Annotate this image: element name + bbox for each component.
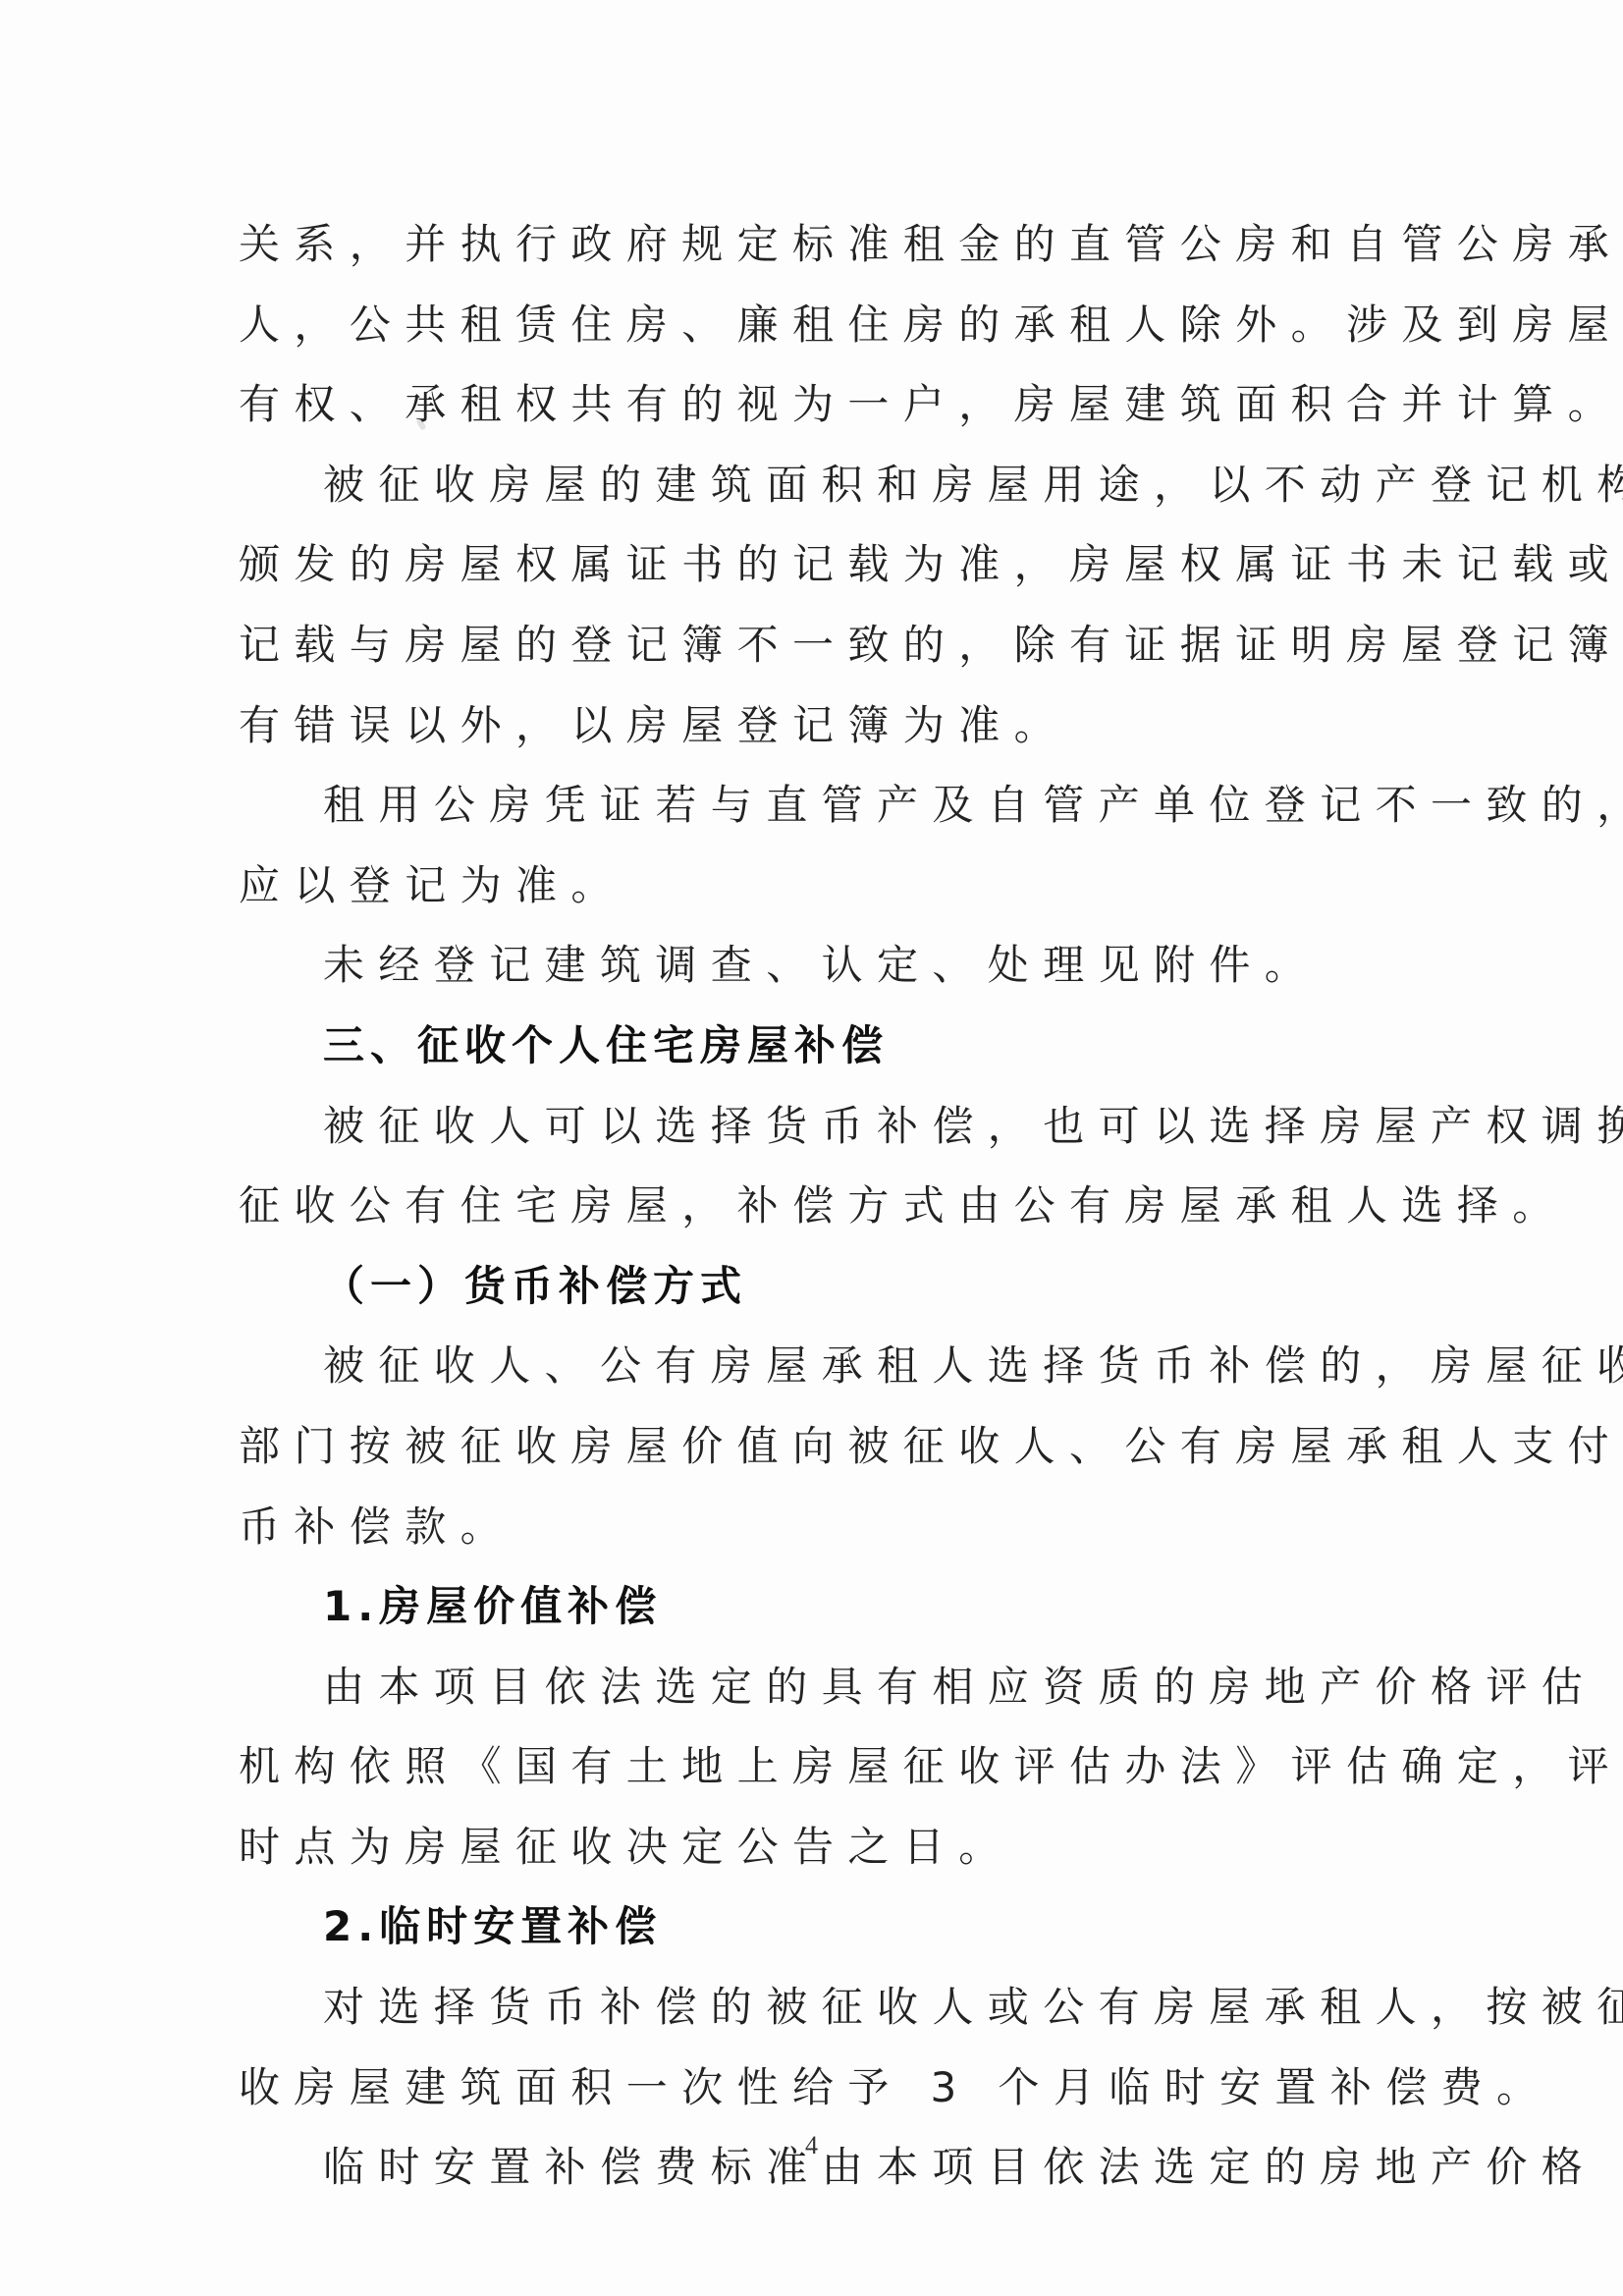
text-line: 机构依照《国有土地上房屋征收评估办法》评估确定，评估 [239,1726,1387,1807]
item-heading: 2.临时安置补偿 [239,1886,1387,1967]
paragraph-start: 租用公房凭证若与直管产及自管产单位登记不一致的， [239,765,1387,846]
paragraph-start: 被征收房屋的建筑面积和房屋用途，以不动产登记机构 [239,445,1387,525]
text-line: 有错误以外，以房屋登记簿为准。 [239,685,1387,766]
paragraph-start: 未经登记建筑调查、认定、处理见附件。 [239,925,1387,1006]
text-line: 有权、承租权共有的视为一户，房屋建筑面积合并计算。 [239,364,1387,445]
text-line: 应以登记为准。 [239,846,1387,926]
text-line: 颁发的房屋权属证书的记载为准，房屋权属证书未记载或者 [239,524,1387,605]
subsection-heading: （一）货币补偿方式 [239,1246,1387,1327]
text-line: 征收公有住宅房屋，补偿方式由公有房屋承租人选择。 [239,1166,1387,1246]
text-line: 时点为房屋征收决定公告之日。 [239,1807,1387,1887]
text-line: 币补偿款。 [239,1487,1387,1567]
paragraph-start: 对选择货币补偿的被征收人或公有房屋承租人，按被征 [239,1967,1387,2048]
page-number: 4 [0,2131,1623,2160]
text-line: 记载与房屋的登记簿不一致的，除有证据证明房屋登记簿确 [239,605,1387,685]
paragraph-start: 被征收人可以选择货币补偿，也可以选择房屋产权调换。 [239,1086,1387,1167]
text-line: 收房屋建筑面积一次性给予 3 个月临时安置补偿费。 [239,2048,1387,2128]
section-heading: 三、征收个人住宅房屋补偿 [239,1006,1387,1086]
item-heading: 1.房屋价值补偿 [239,1566,1387,1647]
text-line: 关系，并执行政府规定标准租金的直管公房和自管公房承租 [239,204,1387,285]
text-line: 人，公共租赁住房、廉租住房的承租人除外。涉及到房屋所 [239,285,1387,365]
paragraph-start: 由本项目依法选定的具有相应资质的房地产价格评估 [239,1647,1387,1727]
text-line: 部门按被征收房屋价值向被征收人、公有房屋承租人支付货 [239,1406,1387,1487]
document-page: 关系，并执行政府规定标准租金的直管公房和自管公房承租 人，公共租赁住房、廉租住房… [0,0,1623,2296]
document-body: 关系，并执行政府规定标准租金的直管公房和自管公房承租 人，公共租赁住房、廉租住房… [239,204,1387,2208]
paragraph-start: 被征收人、公有房屋承租人选择货币补偿的，房屋征收 [239,1326,1387,1406]
